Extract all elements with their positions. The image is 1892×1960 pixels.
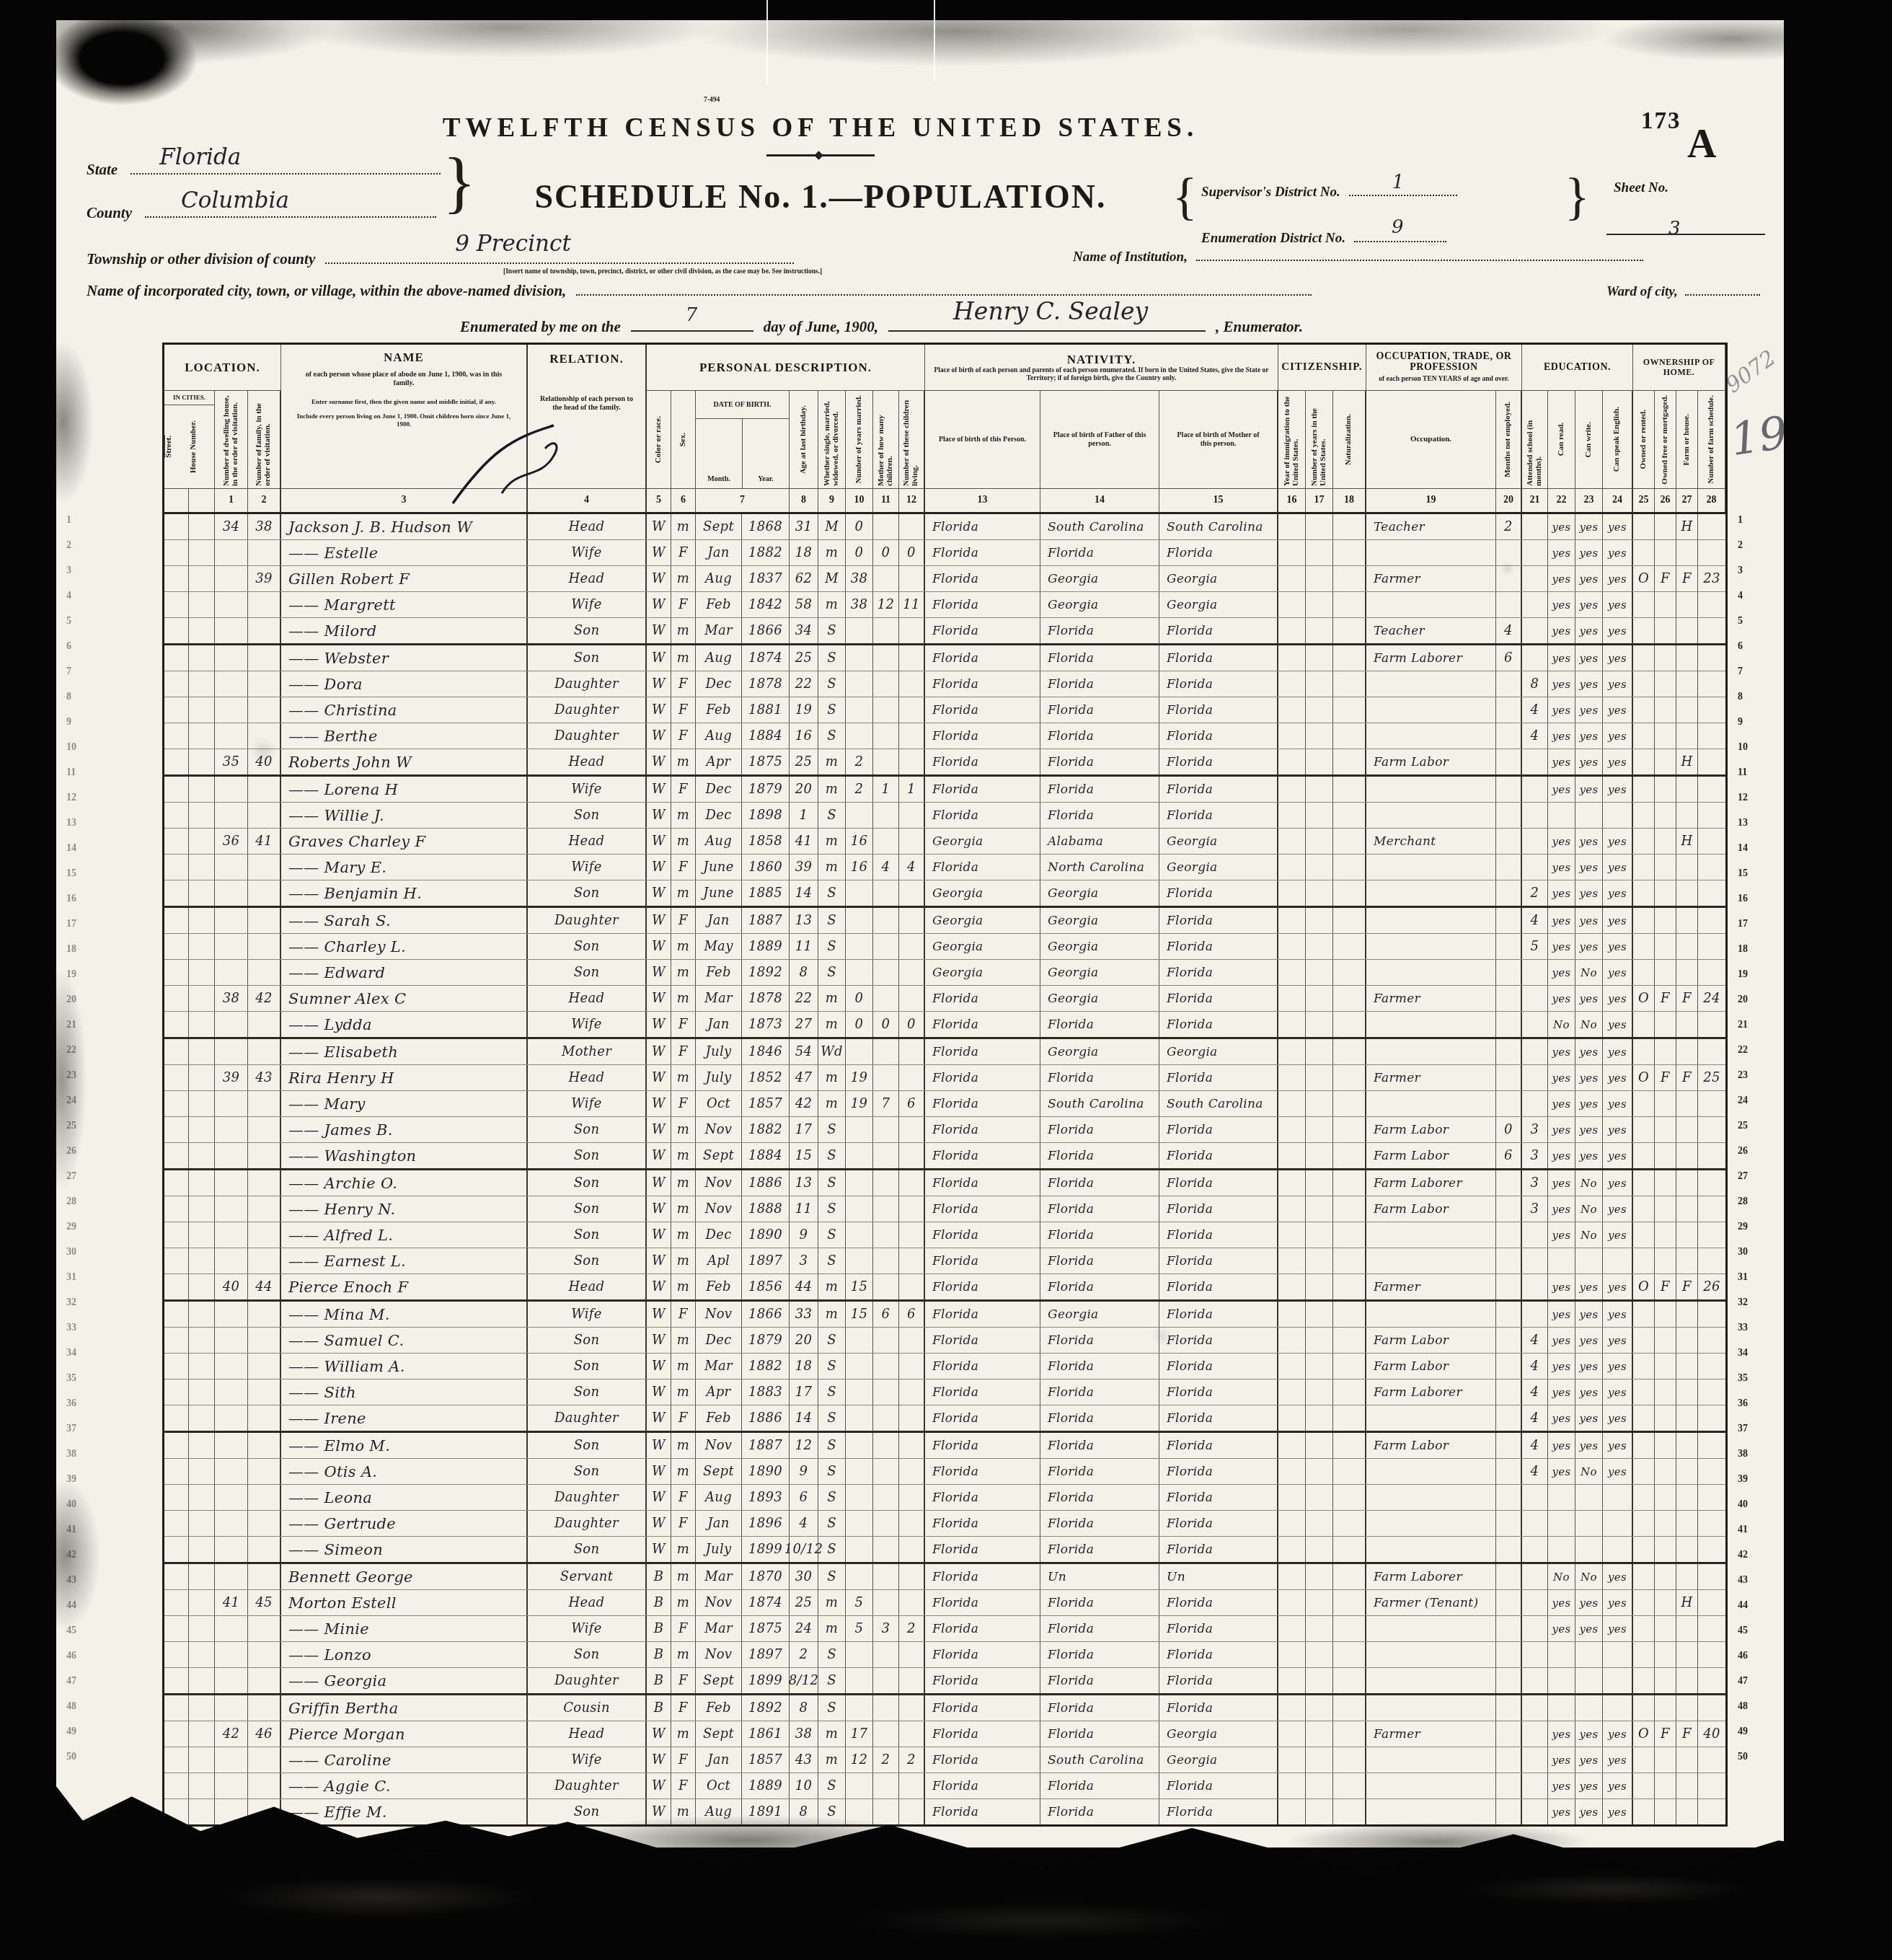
census-row: —— Charley L.SonWmMay188911SGeorgiaGeorg… [164, 934, 1725, 960]
cell-occupation: Farm Labor [1366, 1328, 1496, 1353]
cell-pob-person: Florida [925, 1537, 1040, 1562]
cell-color-race: B [647, 1590, 671, 1615]
cell-street [164, 592, 189, 617]
cell-immigration-year [1278, 1511, 1306, 1536]
cell-house [189, 618, 215, 643]
cell-children-living [899, 671, 925, 697]
cell-free-mortgaged [1655, 803, 1676, 828]
cell-marital-status: S [818, 880, 846, 906]
cell-dwelling-number: 38 [215, 986, 248, 1011]
cell-birth-year: 1890 [742, 1459, 790, 1484]
line-number-left: 12 [66, 793, 76, 804]
cell-dwelling-number [215, 1328, 248, 1353]
cell-relation: Head [528, 514, 647, 539]
cell-dwelling-number [215, 1117, 248, 1142]
cell-family-number [248, 1039, 281, 1064]
cell-family-number [248, 1354, 281, 1379]
cell-name: —— Samuel C. [281, 1328, 528, 1353]
cell-age: 20 [790, 1328, 818, 1353]
cell-can-read: yes [1548, 1354, 1575, 1379]
cell-speak-english: yes [1603, 1354, 1633, 1379]
line-number-right: 43 [1738, 1575, 1748, 1586]
cell-age: 24 [790, 1616, 818, 1641]
cell-mother-of-children [873, 1039, 899, 1064]
cell-relation: Son [528, 1537, 647, 1562]
cell-marital-status: S [818, 1433, 846, 1458]
cell-years-married [846, 1773, 873, 1798]
cell-street [164, 803, 189, 828]
cell-months-unemployed [1496, 1773, 1522, 1798]
cell-pob-person: Florida [925, 1196, 1040, 1222]
cell-marital-status: m [818, 1302, 846, 1327]
cell-attended-school: 4 [1522, 723, 1548, 749]
film-scratch [934, 0, 935, 81]
cell-pob-mother: Georgia [1159, 566, 1278, 591]
cell-can-read [1548, 1485, 1575, 1510]
cell-free-mortgaged [1655, 960, 1676, 985]
cell-name: —— Earnest L. [281, 1248, 528, 1273]
cell-pob-father: Florida [1040, 1433, 1159, 1458]
cell-sex: m [671, 1170, 696, 1196]
cell-immigration-year [1278, 880, 1306, 906]
cell-free-mortgaged [1655, 880, 1676, 906]
cell-relation: Son [528, 1799, 647, 1824]
cell-years-married: 0 [846, 540, 873, 565]
cell-free-mortgaged [1655, 618, 1676, 643]
cell-children-living [899, 1459, 925, 1484]
cell-can-read: yes [1548, 934, 1575, 959]
cell-birth-month: Feb [696, 1695, 742, 1721]
cell-family-number [248, 1117, 281, 1142]
cell-family-number [248, 908, 281, 933]
cell-mother-of-children [873, 1143, 899, 1168]
cell-naturalization [1333, 1747, 1366, 1773]
census-row: —— Mina M.WifeWFNov186633m1566FloridaGeo… [164, 1302, 1725, 1328]
cell-can-read: yes [1548, 1799, 1575, 1824]
cell-sex: F [671, 1695, 696, 1721]
cell-immigration-year [1278, 1196, 1306, 1222]
cell-free-mortgaged [1655, 1564, 1676, 1589]
line-number-left: 38 [66, 1449, 76, 1460]
township-value: 9 Precinct [455, 231, 571, 257]
cell-street [164, 1668, 189, 1693]
cell-years-married [846, 1564, 873, 1589]
cell-pob-mother: Georgia [1159, 855, 1278, 880]
line-number-right: 13 [1738, 818, 1748, 829]
cell-family-number [248, 1222, 281, 1248]
cell-sex: F [671, 723, 696, 749]
cell-street [164, 540, 189, 565]
cell-years-married [846, 1695, 873, 1721]
cell-marital-status: S [818, 723, 846, 749]
cell-pob-person: Florida [925, 1433, 1040, 1458]
cell-relation: Wife [528, 592, 647, 617]
census-row: —— LonzoSonBmNov18972SFloridaFloridaFlor… [164, 1642, 1725, 1668]
census-row: —— Alfred L.SonWmDec18909SFloridaFlorida… [164, 1222, 1725, 1248]
cell-occupation [1366, 1537, 1496, 1562]
cell-attended-school [1522, 1091, 1548, 1116]
cell-family-number [248, 1091, 281, 1116]
cell-relation: Son [528, 1143, 647, 1168]
cell-speak-english: yes [1603, 1773, 1633, 1798]
line-number-left: 30 [66, 1247, 76, 1258]
cell-age: 41 [790, 829, 818, 854]
cell-relation: Wife [528, 777, 647, 802]
cell-pob-person: Florida [925, 540, 1040, 565]
cell-owned-rented: O [1633, 1721, 1655, 1747]
cell-pob-mother: Florida [1159, 1274, 1278, 1299]
cell-children-living [899, 829, 925, 854]
cell-free-mortgaged [1655, 1196, 1676, 1222]
cell-relation: Son [528, 1459, 647, 1484]
cell-years-in-us [1306, 514, 1333, 539]
cell-occupation [1366, 697, 1496, 723]
cell-sex: F [671, 1405, 696, 1431]
cell-occupation: Farmer [1366, 566, 1496, 591]
cell-dwelling-number [215, 1537, 248, 1562]
cell-birth-month: July [696, 1537, 742, 1562]
cell-street [164, 1091, 189, 1116]
cell-speak-english: yes [1603, 934, 1633, 959]
cell-years-married: 0 [846, 1012, 873, 1037]
sub-street: Street. [164, 436, 189, 458]
cell-pob-person: Florida [925, 1459, 1040, 1484]
cell-speak-english: yes [1603, 566, 1633, 591]
cell-occupation [1366, 1222, 1496, 1248]
cell-free-mortgaged [1655, 671, 1676, 697]
cell-farm-schedule [1698, 1143, 1725, 1168]
cell-can-read: yes [1548, 749, 1575, 774]
cell-attended-school [1522, 1248, 1548, 1273]
supervisor-value: 1 [1392, 172, 1405, 193]
cell-pob-father: Florida [1040, 1328, 1159, 1353]
cell-immigration-year [1278, 986, 1306, 1011]
cell-pob-mother: Florida [1159, 671, 1278, 697]
sub-can-write: Can write. [1575, 391, 1603, 489]
line-number-left: 16 [66, 893, 76, 905]
cell-name: Roberts John W [281, 749, 528, 774]
cell-can-read: yes [1548, 1590, 1575, 1615]
sub-occupation: Occupation. [1366, 391, 1496, 489]
census-row: —— Lorena HWifeWFDec187920m211FloridaFlo… [164, 777, 1725, 803]
line-number-left: 25 [66, 1121, 76, 1132]
cell-months-unemployed [1496, 1065, 1522, 1090]
cell-naturalization [1333, 566, 1366, 591]
cell-can-write: yes [1575, 540, 1603, 565]
cell-birth-month: Aug [696, 566, 742, 591]
cell-attended-school: 8 [1522, 671, 1548, 697]
cell-color-race: W [647, 960, 671, 985]
cell-farm-schedule [1698, 1039, 1725, 1064]
cell-pob-person: Florida [925, 1222, 1040, 1248]
cell-months-unemployed [1496, 1695, 1522, 1721]
cell-immigration-year [1278, 1302, 1306, 1327]
line-number-left: 15 [66, 868, 76, 880]
enumeration-value: 9 [1392, 216, 1404, 238]
cell-age: 17 [790, 1379, 818, 1405]
line-number-left: 34 [66, 1348, 76, 1359]
cell-pob-mother: Florida [1159, 1485, 1278, 1510]
sub-farm-or-house: Farm or house. [1676, 391, 1698, 489]
cell-occupation: Farm Labor [1366, 1196, 1496, 1222]
cell-birth-month: Mar [696, 1354, 742, 1379]
cell-months-unemployed [1496, 1511, 1522, 1536]
cell-birth-month: Dec [696, 671, 742, 697]
cell-months-unemployed [1496, 671, 1522, 697]
cell-marital-status: m [818, 1091, 846, 1116]
cell-pob-father: Un [1040, 1564, 1159, 1589]
cell-speak-english: yes [1603, 855, 1633, 880]
cell-marital-status: m [818, 540, 846, 565]
cell-naturalization [1333, 697, 1366, 723]
census-row: —— Aggie C.DaughterWFOct188910SFloridaFl… [164, 1773, 1725, 1799]
cell-birth-month: Mar [696, 618, 742, 643]
cell-occupation [1366, 723, 1496, 749]
cell-years-in-us [1306, 1196, 1333, 1222]
cell-name: —— Irene [281, 1405, 528, 1431]
census-row: —— CarolineWifeWFJan185743m1222FloridaSo… [164, 1747, 1725, 1773]
cell-farm-house [1676, 1012, 1698, 1037]
cell-street [164, 960, 189, 985]
cell-age: 22 [790, 986, 818, 1011]
column-number: 5 [647, 489, 671, 512]
census-row: 4246Pierce MorganHeadWmSept186138m17Flor… [164, 1721, 1725, 1747]
cell-children-living [899, 803, 925, 828]
cell-mother-of-children [873, 1328, 899, 1353]
line-number-left: 20 [66, 994, 76, 1006]
cell-can-write: yes [1575, 1328, 1603, 1353]
line-number-right: 24 [1738, 1095, 1748, 1107]
cell-can-write: yes [1575, 829, 1603, 854]
cell-pob-person: Florida [925, 1012, 1040, 1037]
cell-immigration-year [1278, 618, 1306, 643]
cell-years-in-us [1306, 1485, 1333, 1510]
cell-naturalization [1333, 855, 1366, 880]
cell-attended-school [1522, 855, 1548, 880]
cell-pob-person: Florida [925, 1511, 1040, 1536]
cell-can-read: yes [1548, 1117, 1575, 1142]
cell-naturalization [1333, 1642, 1366, 1667]
cell-pob-person: Florida [925, 514, 1040, 539]
cell-owned-rented [1633, 934, 1655, 959]
cell-can-read: yes [1548, 1170, 1575, 1196]
cell-can-read: yes [1548, 618, 1575, 643]
cell-pob-mother: Florida [1159, 1433, 1278, 1458]
cell-relation: Head [528, 749, 647, 774]
cell-attended-school: 4 [1522, 908, 1548, 933]
cell-farm-house [1676, 618, 1698, 643]
cell-occupation [1366, 1642, 1496, 1667]
cell-speak-english: yes [1603, 1799, 1633, 1824]
cell-free-mortgaged [1655, 1459, 1676, 1484]
cell-family-number: 38 [248, 514, 281, 539]
cell-speak-english: yes [1603, 1170, 1633, 1196]
cell-years-in-us [1306, 1773, 1333, 1798]
cell-speak-english: yes [1603, 1143, 1633, 1168]
cell-family-number: 44 [248, 1274, 281, 1299]
line-number-left: 46 [66, 1651, 76, 1662]
cell-naturalization [1333, 1065, 1366, 1090]
township-note: [Insert name of township, town, precinct… [503, 268, 822, 275]
cell-color-race: B [647, 1564, 671, 1589]
cell-farm-schedule [1698, 1328, 1725, 1353]
line-number-right: 49 [1738, 1726, 1748, 1738]
column-number: 27 [1676, 489, 1698, 512]
cell-color-race: B [647, 1668, 671, 1693]
cell-sex: m [671, 803, 696, 828]
cell-can-read: yes [1548, 592, 1575, 617]
cell-children-living [899, 1274, 925, 1299]
cell-mother-of-children [873, 1196, 899, 1222]
cell-free-mortgaged: F [1655, 1721, 1676, 1747]
sub-attended-school: Attended school (in months). [1522, 391, 1548, 489]
cell-speak-english: yes [1603, 1328, 1633, 1353]
cell-family-number [248, 1616, 281, 1641]
cell-age: 8 [790, 1799, 818, 1824]
cell-occupation [1366, 592, 1496, 617]
cell-pob-mother: Florida [1159, 1511, 1278, 1536]
cell-months-unemployed [1496, 1196, 1522, 1222]
cell-years-married [846, 697, 873, 723]
cell-children-living: 2 [899, 1616, 925, 1641]
cell-owned-rented [1633, 1747, 1655, 1773]
census-title: TWELFTH CENSUS OF THE UNITED STATES. [323, 112, 1318, 144]
cell-birth-month: Dec [696, 1222, 742, 1248]
cell-speak-english: yes [1603, 671, 1633, 697]
cell-pob-mother: Florida [1159, 1328, 1278, 1353]
cell-can-read [1548, 803, 1575, 828]
cell-birth-month: Aug [696, 723, 742, 749]
cell-mother-of-children [873, 1537, 899, 1562]
cell-street [164, 1274, 189, 1299]
cell-dwelling-number [215, 671, 248, 697]
cell-name: —— Minie [281, 1616, 528, 1641]
sub-mother-of: Mother of how many children. [873, 391, 899, 489]
cell-pob-father: Florida [1040, 749, 1159, 774]
cell-owned-rented: O [1633, 1274, 1655, 1299]
cell-pob-father: Georgia [1040, 934, 1159, 959]
cell-can-read: yes [1548, 1328, 1575, 1353]
cell-age: 12 [790, 1433, 818, 1458]
cell-free-mortgaged: F [1655, 566, 1676, 591]
cell-naturalization [1333, 777, 1366, 802]
cell-free-mortgaged [1655, 592, 1676, 617]
cell-attended-school [1522, 1274, 1548, 1299]
cell-color-race: W [647, 1117, 671, 1142]
cell-can-write [1575, 1485, 1603, 1510]
cell-attended-school [1522, 1065, 1548, 1090]
cell-pob-mother: Georgia [1159, 1721, 1278, 1747]
cell-children-living [899, 1143, 925, 1168]
cell-months-unemployed [1496, 1012, 1522, 1037]
form-number: 7-494 [704, 97, 720, 104]
cell-sex: m [671, 1065, 696, 1090]
cell-owned-rented [1633, 592, 1655, 617]
cell-free-mortgaged [1655, 855, 1676, 880]
cell-sex: F [671, 1668, 696, 1693]
cell-owned-rented [1633, 855, 1655, 880]
cell-can-write: yes [1575, 1354, 1603, 1379]
cell-years-married: 12 [846, 1747, 873, 1773]
cell-immigration-year [1278, 1564, 1306, 1589]
cell-farm-schedule: 26 [1698, 1274, 1725, 1299]
cell-marital-status: S [818, 934, 846, 959]
column-number [189, 489, 215, 512]
cell-can-read: yes [1548, 671, 1575, 697]
cell-naturalization [1333, 1564, 1366, 1589]
cell-age: 14 [790, 1405, 818, 1431]
cell-birth-month: July [696, 1039, 742, 1064]
cell-color-race: W [647, 1170, 671, 1196]
cell-color-race: W [647, 1433, 671, 1458]
cell-birth-year: 1857 [742, 1747, 790, 1773]
line-number-left: 44 [66, 1600, 76, 1612]
cell-mother-of-children: 6 [873, 1302, 899, 1327]
cell-occupation [1366, 960, 1496, 985]
cell-relation: Daughter [528, 1668, 647, 1693]
cell-pob-father: Florida [1040, 1668, 1159, 1693]
cell-can-read: yes [1548, 645, 1575, 671]
cell-pob-mother: Un [1159, 1564, 1278, 1589]
cell-relation: Head [528, 829, 647, 854]
cell-months-unemployed [1496, 1170, 1522, 1196]
cell-immigration-year [1278, 1747, 1306, 1773]
cell-relation: Wife [528, 540, 647, 565]
census-row: —— MargrettWifeWFFeb184258m381211Florida… [164, 592, 1725, 618]
cell-relation: Son [528, 1170, 647, 1196]
cell-pob-mother: Florida [1159, 803, 1278, 828]
line-number-right: 44 [1738, 1600, 1748, 1612]
cell-owned-rented [1633, 1328, 1655, 1353]
cell-years-in-us [1306, 1328, 1333, 1353]
cell-house [189, 908, 215, 933]
cell-name: —— Archie O. [281, 1170, 528, 1196]
cell-farm-house [1676, 1302, 1698, 1327]
sub-immigration-year: Year of immigration to the United States… [1278, 391, 1306, 489]
cell-birth-year: 1874 [742, 1590, 790, 1615]
cell-pob-person: Florida [925, 1091, 1040, 1116]
cell-years-in-us [1306, 749, 1333, 774]
cell-dwelling-number: 40 [215, 1274, 248, 1299]
cell-birth-year: 1899 [742, 1537, 790, 1562]
cell-dwelling-number [215, 1405, 248, 1431]
cell-mother-of-children: 2 [873, 1747, 899, 1773]
cell-occupation: Farm Laborer [1366, 1379, 1496, 1405]
cell-age: 25 [790, 1590, 818, 1615]
cell-birth-year: 1885 [742, 880, 790, 906]
cell-immigration-year [1278, 592, 1306, 617]
cell-name: Bennett George [281, 1564, 528, 1589]
cell-naturalization [1333, 618, 1366, 643]
cell-street [164, 618, 189, 643]
cell-can-write: No [1575, 1196, 1603, 1222]
cell-can-write: yes [1575, 1721, 1603, 1747]
census-row: —— SithSonWmApr188317SFloridaFloridaFlor… [164, 1379, 1725, 1405]
column-number: 14 [1040, 489, 1159, 512]
cell-birth-year: 1837 [742, 566, 790, 591]
line-number-right: 18 [1738, 944, 1748, 955]
cell-farm-schedule: 24 [1698, 986, 1725, 1011]
cell-immigration-year [1278, 1642, 1306, 1667]
cell-attended-school [1522, 986, 1548, 1011]
cell-sex: F [671, 540, 696, 565]
cell-marital-status: S [818, 1143, 846, 1168]
cell-years-in-us [1306, 1117, 1333, 1142]
cell-marital-status: S [818, 908, 846, 933]
cell-children-living [899, 1405, 925, 1431]
cell-occupation [1366, 1511, 1496, 1536]
cell-dwelling-number [215, 1511, 248, 1536]
